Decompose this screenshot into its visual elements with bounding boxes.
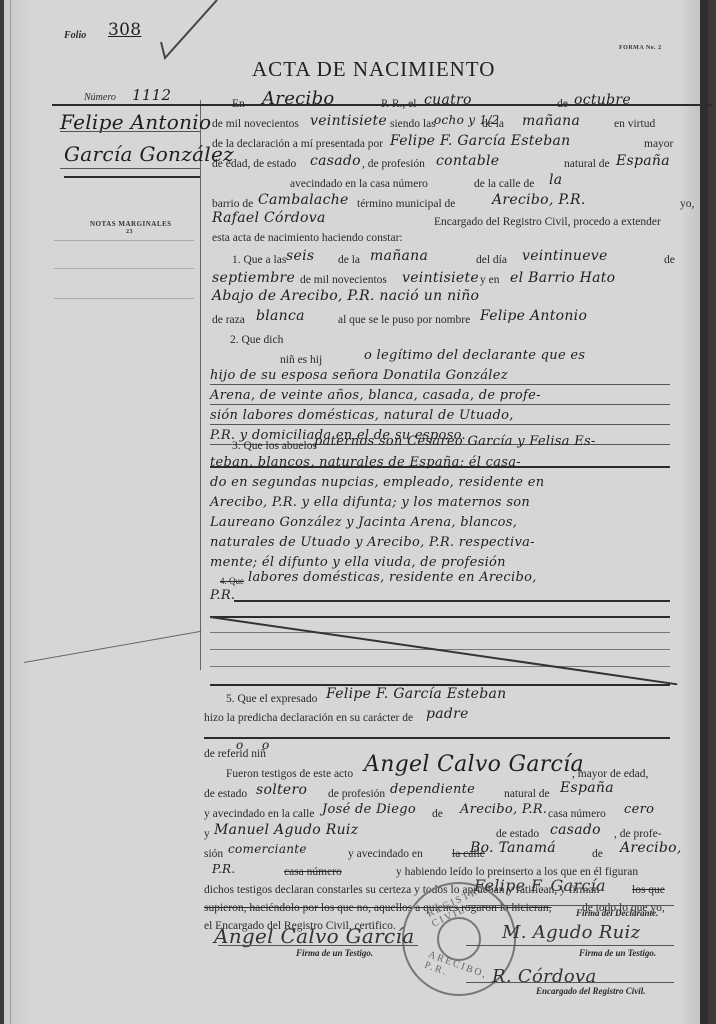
registrar-signature-label: Encargado del Registro Civil. [536,986,646,996]
c4-prefix: 4. Que [220,576,244,586]
c2-line3: Arena, de veinte años, blanca, casada, d… [210,388,541,403]
profession-label: , de profesión [362,158,425,170]
page-title: ACTA DE NACIMIENTO [252,57,495,82]
ruled-line [210,404,670,405]
c1-month: septiembre [212,270,295,286]
folio-label: Folio [64,30,86,41]
c1-day-label: del día [476,254,507,266]
c3-line7: mente; él difunto y ella viuda, de profe… [210,555,506,570]
witness1-prof: dependiente [390,782,475,797]
registrar-signature: R. Córdova [492,966,596,987]
yo-label: yo, [680,198,694,210]
c2-line1-label: niñ es hij [280,354,322,366]
year-value: veintisiete [310,113,387,129]
c5-capacity: padre [426,706,469,722]
c1-place-label: y en [480,274,499,286]
witness1-de-label: de [432,808,443,820]
witness1-city: Arecibo, P.R. [460,802,547,817]
declarant-signature-label: Firma del Declarante. [576,908,658,918]
calle-value: la [549,172,562,188]
year-prefix: de mil novecientos [212,118,299,130]
margin-rule [64,176,200,178]
c1-day: veintinueve [522,248,608,264]
witness2-prof-prefix: sión [204,848,223,860]
child-name-line2: García González [64,142,234,166]
witness2-city2: P.R. [212,862,236,876]
natural-label: natural de [564,158,610,170]
declarant-signature: Felipe F. García [474,876,606,895]
barrio-label: barrio de [212,198,253,210]
witness2-name: Manuel Agudo Ruiz [214,822,358,838]
declaration-label: de la declaración a mí presentada por [212,138,383,150]
en-label: En [232,98,245,110]
period-label: de la [482,118,504,130]
month-value: octubre [574,92,631,108]
notes-label: NOTAS MARGINALES [90,220,172,228]
period-value: mañana [522,113,580,129]
witness2-barrio: Bo. Tanamá [470,840,556,856]
profession-value: contable [436,153,499,169]
day-value: cuatro [424,92,472,108]
pr-label: P. R., el [381,98,416,110]
c5-ref-o2: o [262,738,270,752]
witness2-city: Arecibo, [620,840,682,856]
witness-intro-label: Fueron testigos de este acto [226,768,353,780]
c2-line4: sión labores domésticas, natural de Utua… [210,408,514,423]
c1-place-cont: Abajo de Arecibo, P.R. nació un niño [212,288,479,304]
registrar-label: Encargado del Registro Civil, procedo a … [434,216,661,228]
witness2-prof: comerciante [228,842,307,856]
page-left-edge [10,0,11,1024]
numero-value: 1112 [132,86,171,104]
checkmark-icon [159,0,219,60]
c5-prefix: 5. Que el expresado [226,693,317,705]
c5-ref-o: o [236,738,244,752]
natural-value: España [616,153,670,169]
ruled-line [210,424,670,425]
cancel-diagonal [24,631,201,663]
c2-line2: hijo de su esposa señora Donatila Gonzál… [210,368,508,383]
witness1-name: Angel Calvo García [364,752,584,777]
witness1-state-label: de estado [204,788,247,800]
c3-line4: Arecibo, P.R. y ella difunta; y los mate… [210,495,530,510]
declarant-value: Felipe F. García Esteban [390,133,571,149]
c2-prefix: 2. Que dich [230,334,283,346]
virtue-label: en virtud [614,118,655,130]
ruled-line [210,632,670,633]
c3-prefix: 3. Que los abuelos [232,440,317,452]
place-value: Arecibo [262,88,335,109]
c1-prefix: 1. Que a las [232,254,286,266]
witness1-mayor-label: , mayor de edad, [572,768,648,780]
numero-label: Número [84,92,116,103]
witness1-natural: España [560,780,614,796]
c1-place: el Barrio Hato [510,270,615,286]
notes-number: 23 [126,229,133,235]
termino-label: término municipal de [357,198,455,210]
witness1-signature-label: Firma de un Testigo. [296,948,373,958]
registrar-value: Rafael Córdova [212,210,326,226]
c3-line6: naturales de Utuado y Arecibo, P.R. resp… [210,535,535,550]
c1-de-label: de [664,254,675,266]
c1-race: blanca [256,308,305,324]
witness1-state: soltero [256,782,307,798]
c5-ref-label: de referid niñ [204,748,266,760]
witness2-avec-label: y avecindado en [348,848,423,860]
termino-value: Arecibo, P.R. [492,192,586,208]
witness1-natural-label: natural de [504,788,550,800]
signature-line [466,982,674,983]
c5-capacity-label: hizo la predicha declaración en su carác… [204,712,413,724]
mayor-label: mayor [644,138,673,150]
witness2-state-label: de estado [496,828,539,840]
signature-line [466,905,674,906]
margin-rule [54,268,194,269]
c1-year: veintisiete [402,270,479,286]
c4-line1: labores domésticas, residente en Arecibo… [248,570,537,585]
margin-rule [60,168,200,169]
act-label: esta acta de nacimiento haciendo constar… [212,232,403,244]
calle-label: de la calle de [474,178,534,190]
section-rule [210,616,670,618]
margin-rule [54,298,194,299]
witness2-casa-label: casa número [284,866,342,878]
margin-rule [54,240,194,241]
witness2-prefix: y [204,828,210,840]
age-state-label: de edad, de estado [212,158,296,170]
witness2-signature: M. Agudo Ruiz [502,922,640,943]
c3-line5: Laureano González y Jacinta Arena, blanc… [210,515,517,530]
c3-line1: paternos son Césareo García y Felisa Es- [314,434,596,449]
c1-name: Felipe Antonio [480,308,587,324]
c1-period-label: de la [338,254,360,266]
column-divider [200,100,201,670]
section-rule [204,737,670,739]
witness1-casa: cero [624,802,654,817]
page-right-edge [700,0,708,1024]
margin-rule [60,131,200,132]
folio-number: 308 [108,20,141,40]
witness1-calle: José de Diego [322,802,416,817]
witness2-signature-label: Firma de un Testigo. [579,948,656,958]
c3-line2: teban, blancos, naturales de España; él … [210,455,521,470]
witness1-casa-label: casa número [548,808,606,820]
avecindado-label: avecindado en la casa número [290,178,428,190]
form-number: FORMA No. 2 [619,45,662,51]
witness2-de-label: de [592,848,603,860]
section-rule [234,600,670,602]
c2-line1: o legítimo del declarante que es [364,348,585,363]
c4-line2: P.R. [210,588,235,603]
closing-line2-struck: los que [632,884,665,896]
signature-line [218,945,418,946]
c5-declarant: Felipe F. García Esteban [326,686,507,702]
hour-label: siendo las [390,118,436,130]
c1-period: mañana [370,248,428,264]
c1-race-label: de raza [212,314,245,326]
de-label: de [557,98,568,110]
c1-name-label: al que se le puso por nombre [338,314,470,326]
witness1-prof-label: de profesión [328,788,385,800]
witness2-prof-label: , de profe- [614,828,662,840]
ruled-line [210,666,670,667]
barrio-value: Cambalache [258,192,349,208]
ruled-line [210,384,670,385]
witness1-calle-label: y avecindado en la calle [204,808,314,820]
cancel-diagonal [210,616,677,685]
signature-line [466,945,674,946]
c3-line3: do en segundas nupcias, empleado, reside… [210,475,544,490]
witness2-state: casado [550,822,601,838]
document-page: Folio 308 FORMA No. 2 ACTA DE NACIMIENTO… [4,0,708,1024]
civil-state-value: casado [310,153,361,169]
c1-hour: seis [286,248,314,264]
c1-year-label: de mil novecientos [300,274,387,286]
